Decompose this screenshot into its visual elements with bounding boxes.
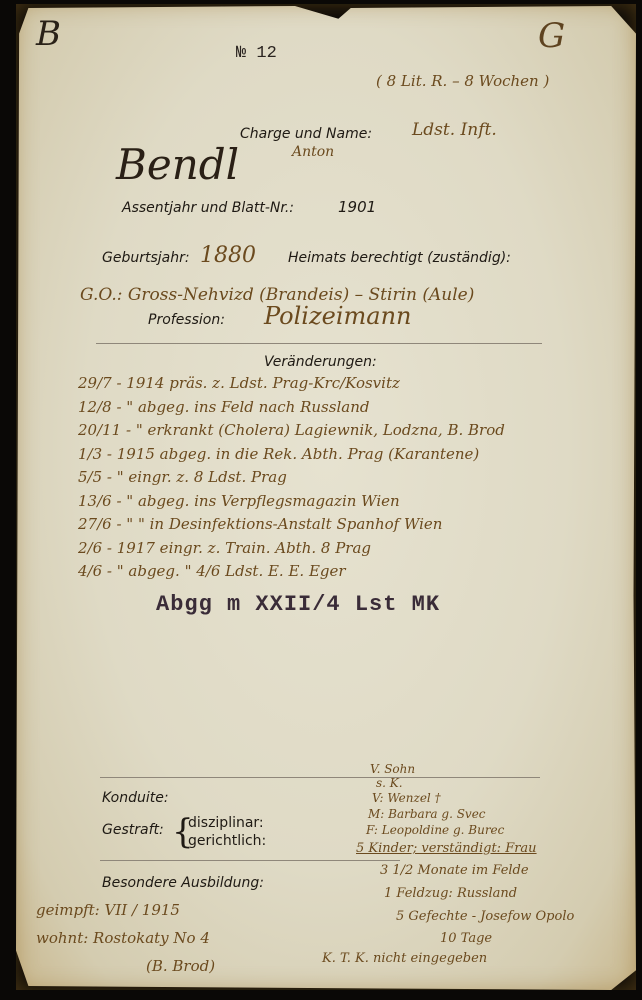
- profession-rule: [96, 343, 542, 344]
- document-number: № 12: [236, 44, 277, 63]
- change-entry: 4/6 - " abgeg. " 4/6 Ldst. E. E. Eger: [78, 560, 505, 584]
- ausbildung-line: wohnt: Rostokaty No 4: [36, 924, 215, 952]
- stamp: Abgg m XXII/4 Lst MK: [156, 592, 440, 617]
- surname: Bendl: [116, 140, 239, 189]
- veraenderungen-label: Veränderungen:: [264, 354, 377, 370]
- family-note: s. K.: [376, 776, 574, 790]
- assentjahr-value: 1901: [338, 198, 376, 216]
- charge-name-value: Ldst. Inft.: [412, 120, 497, 140]
- family-note: 10 Tage: [440, 928, 574, 950]
- ausbildung-line: geimpft: VII / 1915: [36, 896, 215, 924]
- family-note: F: Leopoldine g. Burec: [366, 822, 574, 838]
- family-note: 5 Gefechte - Josefow Opolo: [396, 906, 574, 928]
- first-name: Anton: [292, 144, 334, 160]
- family-note: M: Barbara g. Svec: [368, 806, 574, 822]
- family-note: K. T. K. nicht eingegeben: [322, 950, 574, 968]
- profession-label: Profession:: [148, 312, 225, 328]
- geburtsjahr-label: Geburtsjahr:: [102, 250, 190, 266]
- change-entry: 27/6 - " " in Desinfektions-Anstalt Span…: [78, 513, 505, 537]
- corner-mark-top-left: B: [36, 14, 61, 54]
- heimat-label: Heimats berechtigt (zuständig):: [288, 250, 511, 266]
- family-note: 5 Kinder; verständigt: Frau: [356, 838, 574, 860]
- geburtsjahr-value: 1880: [200, 243, 256, 268]
- ausbildung-line: (B. Brod): [146, 952, 215, 980]
- besondere-ausbildung-label: Besondere Ausbildung:: [102, 875, 264, 891]
- disziplinar-label: disziplinar:: [188, 815, 264, 831]
- family-notes: V. Sohn s. K. V: Wenzel † M: Barbara g. …: [352, 762, 574, 968]
- family-note: V. Sohn: [370, 762, 574, 776]
- change-entry: 20/11 - " erkrankt (Cholera) Lagiewnik, …: [78, 419, 505, 443]
- change-entry: 13/6 - " abgeg. ins Verpflegsmagazin Wie…: [78, 490, 505, 514]
- change-entry: 1/3 - 1915 abgeg. in die Rek. Abth. Prag…: [78, 443, 505, 467]
- konduite-label: Konduite:: [102, 790, 169, 806]
- assentjahr-label: Assentjahr und Blatt-Nr.:: [122, 200, 294, 216]
- change-entry: 2/6 - 1917 eingr. z. Train. Abth. 8 Prag: [78, 537, 505, 561]
- gestraft-label: Gestraft:: [102, 822, 164, 838]
- family-note: 3 1/2 Monate im Felde: [380, 860, 574, 882]
- top-note: ( 8 Lit. R. – 8 Wochen ): [376, 72, 549, 90]
- change-entry: 29/7 - 1914 präs. z. Ldst. Prag-Krc/Kosv…: [78, 372, 505, 396]
- besondere-ausbildung-notes: geimpft: VII / 1915 wohnt: Rostokaty No …: [36, 896, 215, 980]
- corner-mark-top-right: G: [538, 16, 565, 56]
- gerichtlich-label: gerichtlich:: [188, 833, 266, 849]
- change-entry: 12/8 - " abgeg. ins Feld nach Russland: [78, 396, 505, 420]
- charge-name-label: Charge und Name:: [240, 126, 372, 142]
- family-note: V: Wenzel †: [372, 790, 574, 806]
- profession-value: Polizeimann: [264, 302, 411, 330]
- veraenderungen-list: 29/7 - 1914 präs. z. Ldst. Prag-Krc/Kosv…: [78, 372, 505, 584]
- change-entry: 5/5 - " eingr. z. 8 Ldst. Prag: [78, 466, 505, 490]
- family-note: 1 Feldzug: Russland: [384, 882, 574, 906]
